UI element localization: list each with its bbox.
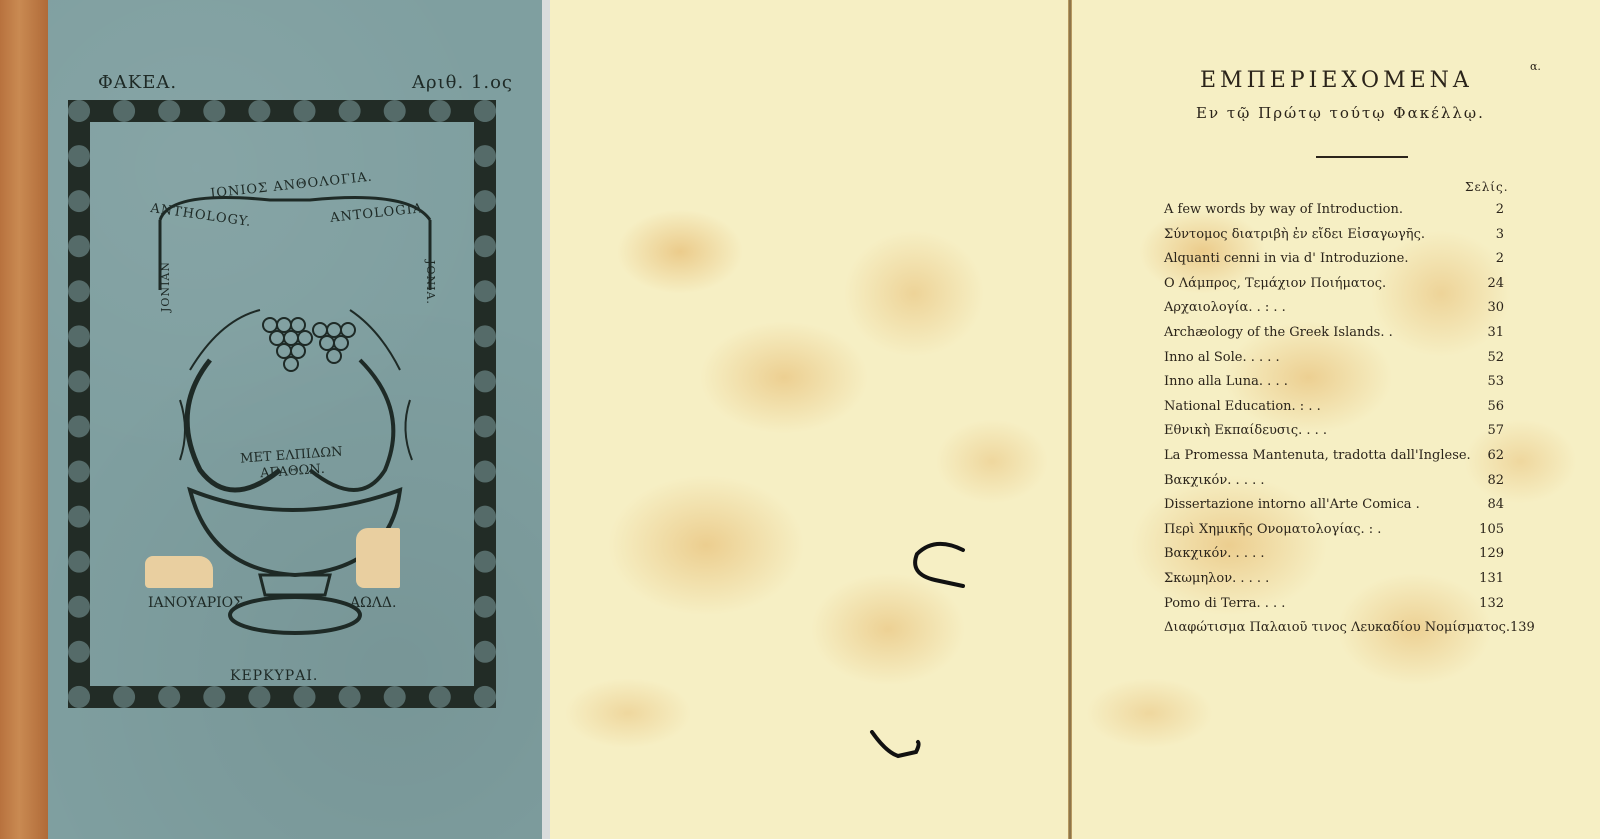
center-fold xyxy=(1068,0,1072,839)
entry-page: 132 xyxy=(1474,596,1504,611)
contents-entry: Alquanti cenni in via d' Introduzione.2 xyxy=(1164,251,1504,276)
cover-header-right: Αριθ. 1.ος xyxy=(412,72,513,93)
contents-entry: Pomo di Terra. . . .132 xyxy=(1164,596,1504,621)
entry-page: 82 xyxy=(1474,473,1504,488)
entry-page: 57 xyxy=(1474,423,1504,438)
entry-title: Pomo di Terra. . . . xyxy=(1164,596,1285,611)
entry-title: Σκωμηλον. . . . . xyxy=(1164,571,1269,586)
entry-page: 53 xyxy=(1474,374,1504,389)
entry-page: 129 xyxy=(1474,546,1504,561)
entry-title: Dissertazione intorno all'Arte Comica . xyxy=(1164,497,1420,512)
entry-title: Alquanti cenni in via d' Introduzione. xyxy=(1164,251,1408,266)
entry-page: 3 xyxy=(1474,227,1504,242)
contents-entry: Ο Λάμπρος, Τεμάχιον Ποιήματος.24 xyxy=(1164,276,1504,301)
contents-entry: Archæology of the Greek Islands. .31 xyxy=(1164,325,1504,350)
entry-page: 2 xyxy=(1474,251,1504,266)
contents-entry: Βακχικόν. . . . .129 xyxy=(1164,546,1504,571)
entry-title: Inno alla Luna. . . . xyxy=(1164,374,1288,389)
contents-entry: A few words by way of Introduction.2 xyxy=(1164,202,1504,227)
entry-page: 139 xyxy=(1510,620,1535,635)
entry-page: 62 xyxy=(1474,448,1504,463)
torn-patch-right xyxy=(356,528,400,588)
cover-header-left: ΦΑΚΕΑ. xyxy=(98,72,177,93)
entry-title: A few words by way of Introduction. xyxy=(1164,202,1403,217)
contents-entry: Διαφώτισμα Παλαιοῦ τινος Λευκαδίου Νομίσ… xyxy=(1164,620,1504,645)
contents-entry: Αρχαιολογία. . : . .30 xyxy=(1164,300,1504,325)
entry-page: 84 xyxy=(1474,497,1504,512)
contents-list: A few words by way of Introduction.2 Σύν… xyxy=(1164,202,1504,645)
cover-place: ΚΕΡΚΥΡΑΙ. xyxy=(230,668,318,684)
ribbon-vertical-right: JONIA. xyxy=(424,260,437,305)
entry-title: Σύντομος διατριβὴ ἐν εἴδει Εἰσαγωγῆς. xyxy=(1164,227,1425,242)
book-spine xyxy=(0,0,48,839)
scan-gutter xyxy=(542,0,550,839)
entry-title: La Promessa Mantenuta, tradotta dall'Ing… xyxy=(1164,448,1471,463)
entry-title: Inno al Sole. . . . . xyxy=(1164,350,1280,365)
contents-title: ΕΜΠΕΡΙΕΧΟΜΕΝΑ xyxy=(1200,68,1473,93)
ink-mark-icon xyxy=(905,540,975,590)
entry-title: Περὶ Χημικῆς Ονοματολογίας. : . xyxy=(1164,522,1381,537)
contents-entry: La Promessa Mantenuta, tradotta dall'Ing… xyxy=(1164,448,1504,473)
entry-page: 2 xyxy=(1474,202,1504,217)
publisher-right: ΑΩΛΔ. xyxy=(350,595,396,611)
page-mark: α. xyxy=(1530,60,1541,73)
title-rule xyxy=(1316,156,1408,158)
contents-entry: National Education. : . .56 xyxy=(1164,399,1504,424)
contents-entry: Dissertazione intorno all'Arte Comica .8… xyxy=(1164,497,1504,522)
contents-entry: Inno alla Luna. . . .53 xyxy=(1164,374,1504,399)
entry-page: 131 xyxy=(1474,571,1504,586)
entry-title: National Education. : . . xyxy=(1164,399,1321,414)
entry-page: 31 xyxy=(1474,325,1504,340)
entry-title: Archæology of the Greek Islands. . xyxy=(1164,325,1393,340)
entry-title: Διαφώτισμα Παλαιοῦ τινος Λευκαδίου Νομίσ… xyxy=(1164,620,1510,635)
contents-entry: Σύντομος διατριβὴ ἐν εἴδει Εἰσαγωγῆς.3 xyxy=(1164,227,1504,252)
ink-mark-icon xyxy=(868,730,928,760)
contents-entry: Inno al Sole. . . . .52 xyxy=(1164,350,1504,375)
entry-page: 105 xyxy=(1474,522,1504,537)
foxing-stains xyxy=(550,0,1070,839)
entry-page: 24 xyxy=(1474,276,1504,291)
page-column-header: Σελίς. xyxy=(1465,180,1509,194)
contents-entry: Εθνικὴ Εκπαίδευσις. . . .57 xyxy=(1164,423,1504,448)
torn-patch-left xyxy=(145,556,213,588)
publisher-left: ΙΑΝΟΥΑΡΙΟΣ xyxy=(148,595,243,611)
entry-title: Ο Λάμπρος, Τεμάχιον Ποιήματος. xyxy=(1164,276,1386,291)
ribbon-vertical-left: JONIAN xyxy=(159,261,172,312)
entry-page: 52 xyxy=(1474,350,1504,365)
contents-entry: Βακχικόν. . . . .82 xyxy=(1164,473,1504,498)
entry-title: Βακχικόν. . . . . xyxy=(1164,546,1264,561)
entry-page: 30 xyxy=(1474,300,1504,315)
contents-entry: Περὶ Χημικῆς Ονοματολογίας. : .105 xyxy=(1164,522,1504,547)
entry-title: Βακχικόν. . . . . xyxy=(1164,473,1264,488)
contents-subtitle: Εν τῷ Πρώτῳ τούτῳ Φακέλλῳ. xyxy=(1196,104,1485,122)
contents-entry: Σκωμηλον. . . . .131 xyxy=(1164,571,1504,596)
entry-page: 56 xyxy=(1474,399,1504,414)
entry-title: Εθνικὴ Εκπαίδευσις. . . . xyxy=(1164,423,1327,438)
left-page xyxy=(550,0,1070,839)
entry-title: Αρχαιολογία. . : . . xyxy=(1164,300,1286,315)
